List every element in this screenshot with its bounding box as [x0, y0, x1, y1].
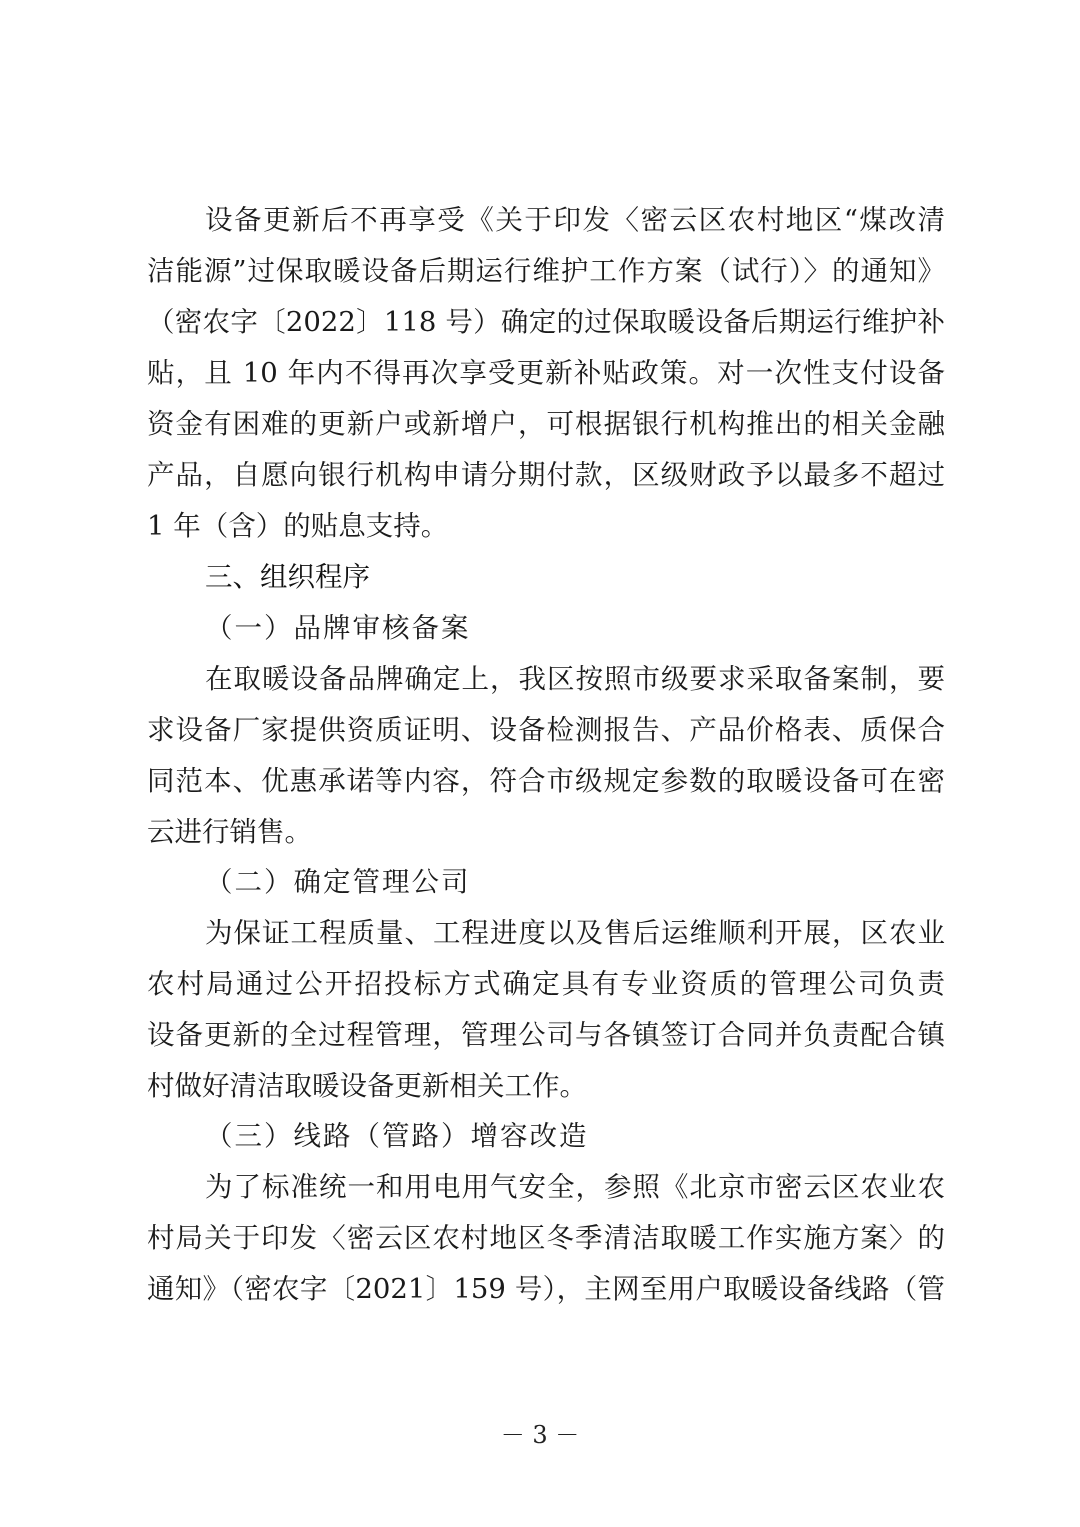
section-heading-organization-procedure: 三、组织程序: [205, 557, 370, 597]
subsection-heading-brand-review: （一）品牌审核备案: [205, 608, 471, 648]
paragraph-3-line-1: 为保证工程质量、工程进度以及售后运维顺利开展，区农业: [205, 913, 945, 953]
paragraph-3-line-4: 村做好清洁取暖设备更新相关工作。: [147, 1066, 587, 1106]
paragraph-1-line-3: （密农字〔2022〕118 号）确定的过保取暖设备后期运行维护补: [147, 302, 945, 342]
paragraph-1-line-6: 产品，自愿向银行机构申请分期付款，区级财政予以最多不超过: [147, 455, 945, 495]
document-page: 设备更新后不再享受《关于印发〈密云区农村地区“煤改清 洁能源”过保取暖设备后期运…: [0, 0, 1080, 1527]
paragraph-3-line-3: 设备更新的全过程管理，管理公司与各镇签订合同并负责配合镇: [147, 1015, 945, 1055]
paragraph-4-line-1: 为了标准统一和用电用气安全，参照《北京市密云区农业农: [205, 1167, 945, 1207]
paragraph-2-line-3: 同范本、优惠承诺等内容，符合市级规定参数的取暖设备可在密: [147, 761, 945, 801]
paragraph-3-line-2: 农村局通过公开招投标方式确定具有专业资质的管理公司负责: [147, 964, 945, 1004]
paragraph-4-line-2: 村局关于印发〈密云区农村地区冬季清洁取暖工作实施方案〉的: [147, 1218, 945, 1258]
page-number: － 3 －: [0, 1418, 1080, 1452]
paragraph-1-line-4: 贴，且 10 年内不得再次享受更新补贴政策。对一次性支付设备: [147, 353, 945, 393]
paragraph-2-line-1: 在取暖设备品牌确定上，我区按照市级要求采取备案制，要: [205, 659, 945, 699]
paragraph-1-line-2: 洁能源”过保取暖设备后期运行维护工作方案（试行）〉的通知》: [147, 251, 945, 291]
paragraph-1-line-1: 设备更新后不再享受《关于印发〈密云区农村地区“煤改清: [205, 200, 945, 240]
paragraph-4-line-3: 通知》（密农字〔2021〕159 号），主网至用户取暖设备线路（管: [147, 1269, 945, 1309]
subsection-heading-management-company: （二）确定管理公司: [205, 862, 471, 902]
paragraph-1-line-5: 资金有困难的更新户或新增户，可根据银行机构推出的相关金融: [147, 404, 945, 444]
paragraph-1-line-7: 1 年（含）的贴息支持。: [147, 506, 448, 546]
paragraph-2-line-2: 求设备厂家提供资质证明、设备检测报告、产品价格表、质保合: [147, 710, 945, 750]
subsection-heading-line-capacity-upgrade: （三）线路（管路）增容改造: [205, 1116, 589, 1156]
paragraph-2-line-4: 云进行销售。: [147, 812, 312, 852]
